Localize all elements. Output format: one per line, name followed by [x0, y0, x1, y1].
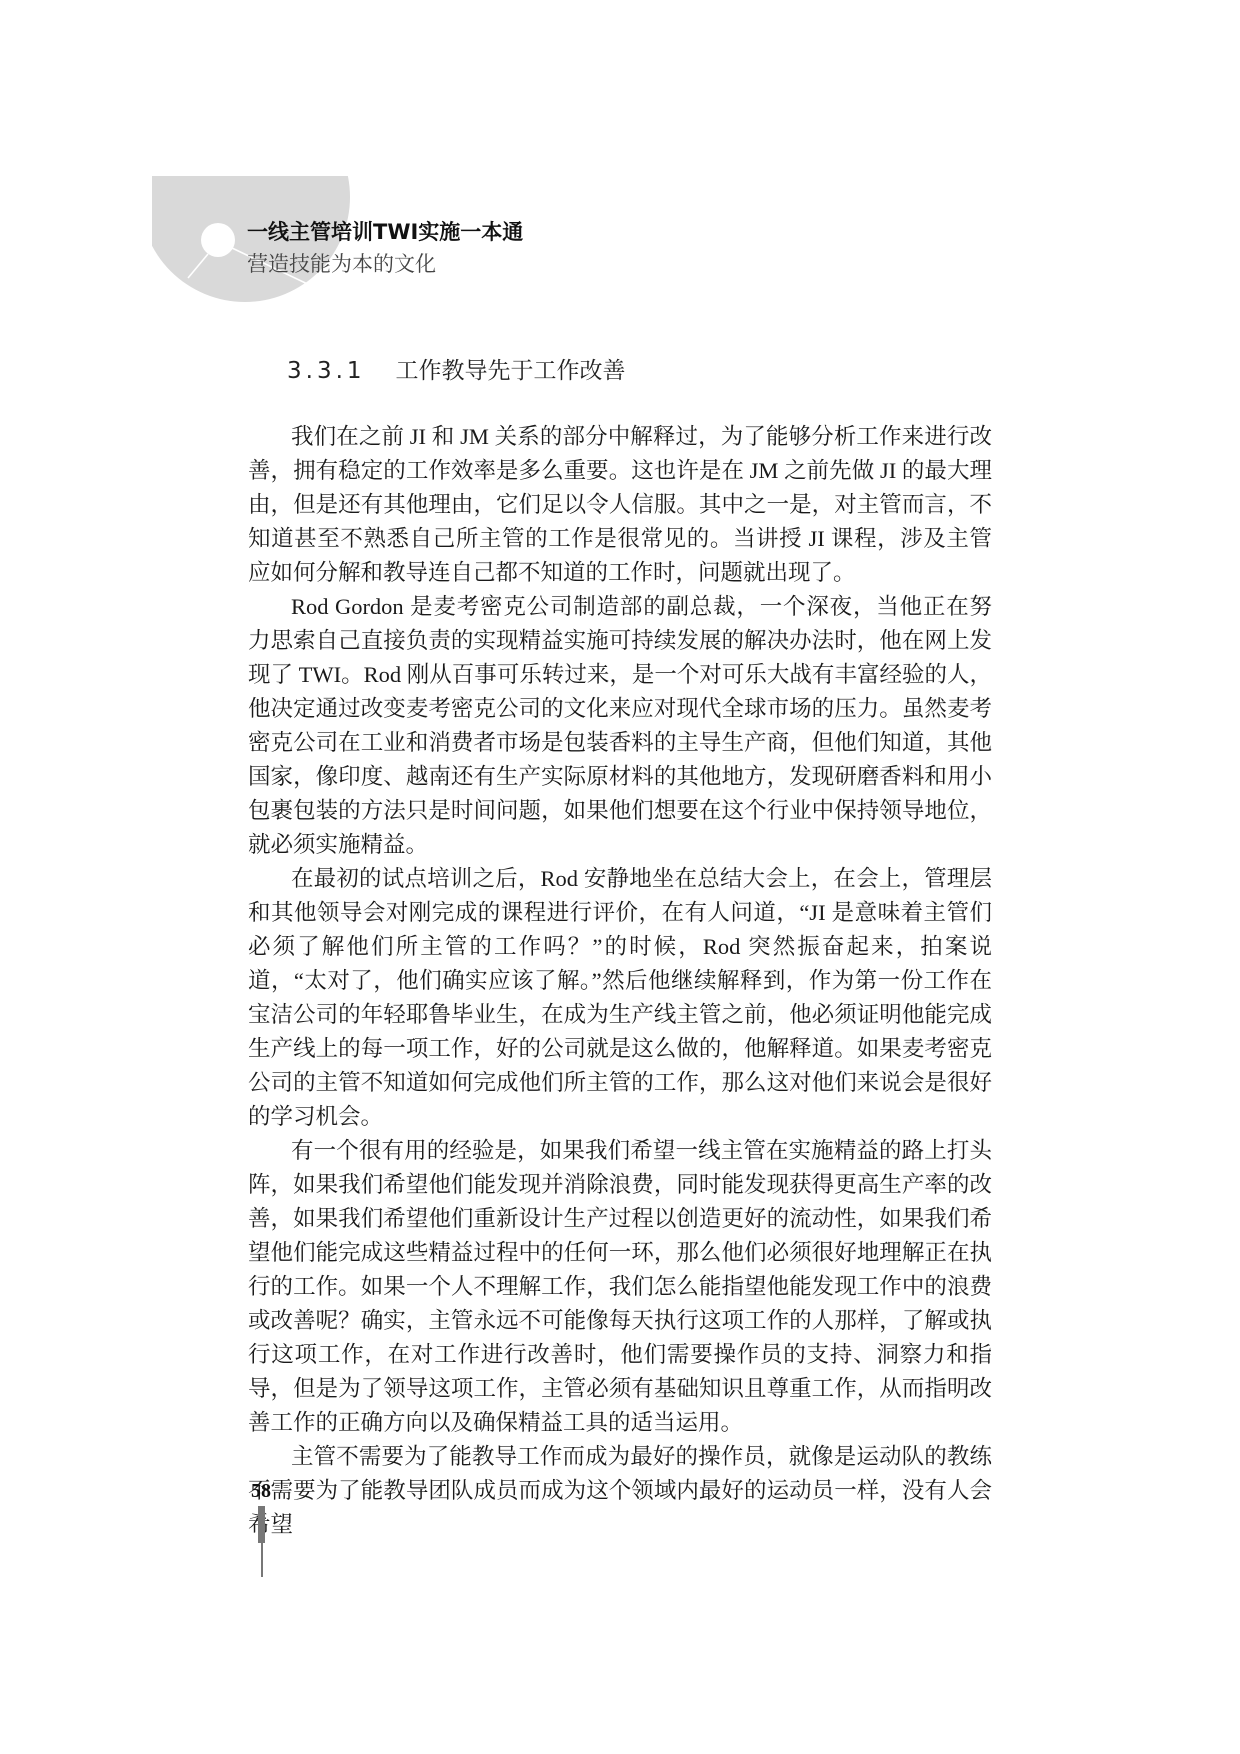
body-text: 我们在之前 JI 和 JM 关系的部分中解释过，为了能够分析工作来进行改善，拥有…	[248, 420, 992, 1542]
paragraph: 我们在之前 JI 和 JM 关系的部分中解释过，为了能够分析工作来进行改善，拥有…	[248, 420, 992, 590]
paragraph: 在最初的试点培训之后，Rod 安静地坐在总结大会上，在会上，管理层和其他领导会对…	[248, 862, 992, 1134]
section-number: 3.3.1	[287, 358, 366, 384]
disc-hole-icon	[201, 223, 235, 257]
document-page: 一线主管培训TWI实施一本通 营造技能为本的文化 3.3.1工作教导先于工作改善…	[0, 0, 1240, 1754]
page-marker-bar-icon	[258, 1506, 265, 1543]
section-heading: 3.3.1工作教导先于工作改善	[287, 352, 626, 385]
paragraph: Rod Gordon 是麦考密克公司制造部的副总裁，一个深夜，当他正在努力思索自…	[248, 590, 992, 862]
page-marker-line-icon	[261, 1543, 263, 1577]
section-title: 工作教导先于工作改善	[396, 358, 626, 384]
paragraph: 有一个很有用的经验是，如果我们希望一线主管在实施精益的路上打头阵，如果我们希望他…	[248, 1134, 992, 1440]
page-number: 58	[251, 1480, 271, 1503]
running-header-subtitle: 营造技能为本的文化	[247, 248, 436, 278]
running-header-title: 一线主管培训TWI实施一本通	[247, 216, 523, 246]
paragraph: 主管不需要为了能教导工作而成为最好的操作员，就像是运动队的教练不需要为了能教导团…	[248, 1440, 992, 1542]
